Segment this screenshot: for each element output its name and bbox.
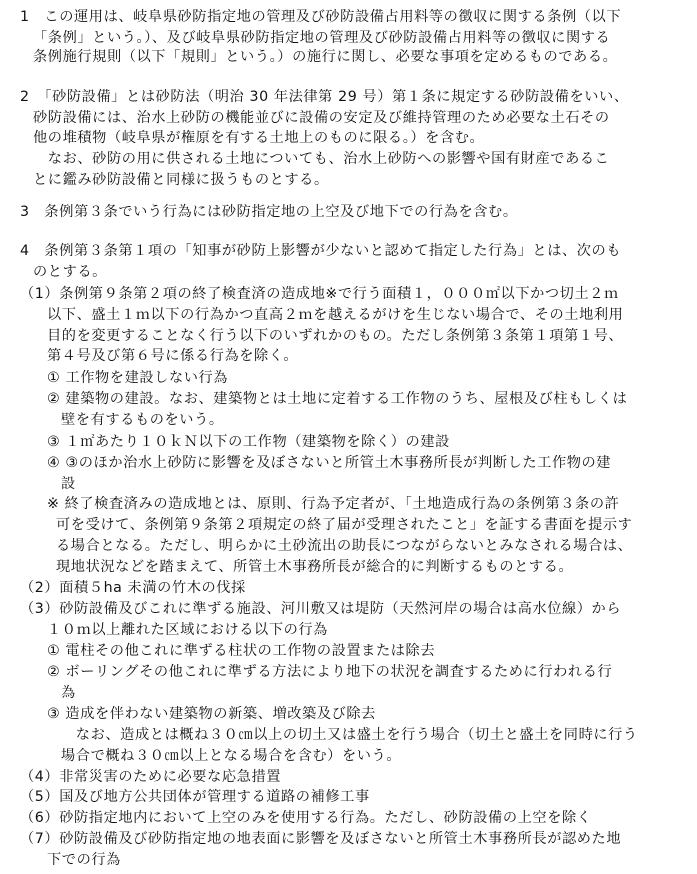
document-line: 2 「砂防設備」とは砂防法（明治 30 年法律第 29 号）第１条に規定する砂防…: [20, 87, 629, 107]
document-line: 「条例」という。）、及び岐阜県砂防指定地の管理及び砂防設備占用料等の徴収に関する: [33, 28, 610, 48]
document-line: （4）非常災害のために必要な応急措置: [20, 767, 281, 787]
document-line: ※ 終了検査済みの造成地とは、原則、行為予定者が、「土地造成行為の条例第３条の許: [47, 494, 619, 514]
document-line: （2）面積５ha 未満の竹木の伐採: [20, 578, 246, 598]
document-line: ② 建築物の建設。なお、建築物とは土地に定着する工作物のうち、屋根及び柱もしくは: [47, 389, 627, 409]
document-line: なお、造成とは概ね３０㎝以上の切土又は盛土を行う場合（切土と盛土を同時に行う: [61, 725, 638, 745]
document-line: 為: [61, 683, 76, 703]
document-line: とに鑑み砂防設備と同様に扱うものとする。: [33, 170, 329, 190]
document-line: 3 条例第３条でいう行為には砂防指定地の上空及び地下での行為を含む。: [20, 202, 518, 222]
document-line: 設: [61, 474, 76, 494]
document-line: 目的を変更することなく行う以下のいずれかのもの。ただし条例第３条第１項第１号、: [47, 326, 623, 346]
document-line: 条例施行規則（以下「規則」という。）の施行に関し、必要な事項を定めるものである。: [33, 47, 617, 67]
document-line: １０ｍ以上離れた区域における以下の行為: [47, 620, 328, 640]
document-line: 第４号及び第６号に係る行為を除く。: [47, 346, 298, 366]
document-line: ④ ③のほか治水上砂防に影響を及ぼさないと所管土木事務所長が判断した工作物の建: [47, 453, 611, 473]
document-line: 現地状況などを踏まえて、所管土木事務所長が総合的に判断するものとする。: [56, 557, 573, 577]
document-line: （6）砂防指定地内において上空のみを使用する行為。ただし、砂防設備の上空を除く: [20, 808, 592, 828]
document-line: 4 条例第３条第１項の「知事が砂防上影響が少ないと認めて指定した行為」とは、次の…: [20, 241, 621, 261]
document-line: （1）条例第９条第２項の終了検査済の造成地※で行う面積１，０００㎡以下かつ切土２…: [20, 284, 619, 304]
document-line: 下での行為: [47, 850, 121, 870]
document-line: ③ 造成を伴わない建築物の新築、増改築及び除去: [47, 704, 376, 724]
document-line: （7）砂防設備及び砂防指定地の地表面に影響を及ぼさないと所管土木事務所長が認めた…: [20, 829, 621, 849]
document-line: 他の堆積物（岐阜県が権原を有する土地上のものに限る。）を含む。: [33, 128, 484, 148]
document-line: なお、砂防の用に供される土地についても、治水上砂防への影響や国有財産であるこ: [33, 149, 609, 169]
document-line: ③ １㎡あたり１０ｋＮ以下の工作物（建築物を除く）の建設: [47, 432, 450, 452]
document-line: 可を受けて、条例第９条第２項規定の終了届が受理されたこと」を証する書面を提示す: [56, 515, 632, 535]
document-line: る場合となる。ただし、明らかに土砂流出の助長につながらないとみなされる場合は、: [56, 536, 632, 556]
document-line: （3）砂防設備及びこれに準ずる施設、河川敷又は堤防（天然河岸の場合は高水位線）か…: [20, 599, 621, 619]
document-line: 壁を有するものをいう。: [61, 410, 224, 430]
document-line: ② ボーリングその他これに準ずる方法により地下の状況を調査するために行われる行: [47, 662, 612, 682]
document-line: ① 電柱その他これに準ずる柱状の工作物の設置または除去: [47, 641, 435, 661]
document-line: 以下、盛土１ｍ以下の行為かつ直高２ｍを越えるがけを生じない場合で、その土地利用: [47, 305, 623, 325]
document-line: 場合で概ね３０㎝以上となる場合を含む）をいう。: [61, 746, 401, 766]
document-line: のとする。: [33, 262, 107, 282]
document-line: 砂防設備には、治水上砂防の機能並びに設備の安定及び維持管理のため必要な土石その: [33, 108, 610, 128]
document-line: ① 工作物を建設しない行為: [47, 368, 228, 388]
document-line: （5）国及び地方公共団体が管理する道路の補修工事: [20, 787, 370, 807]
document-line: 1 この運用は、岐阜県砂防指定地の管理及び砂防設備占用料等の徴収に関する条例（以…: [20, 7, 621, 27]
